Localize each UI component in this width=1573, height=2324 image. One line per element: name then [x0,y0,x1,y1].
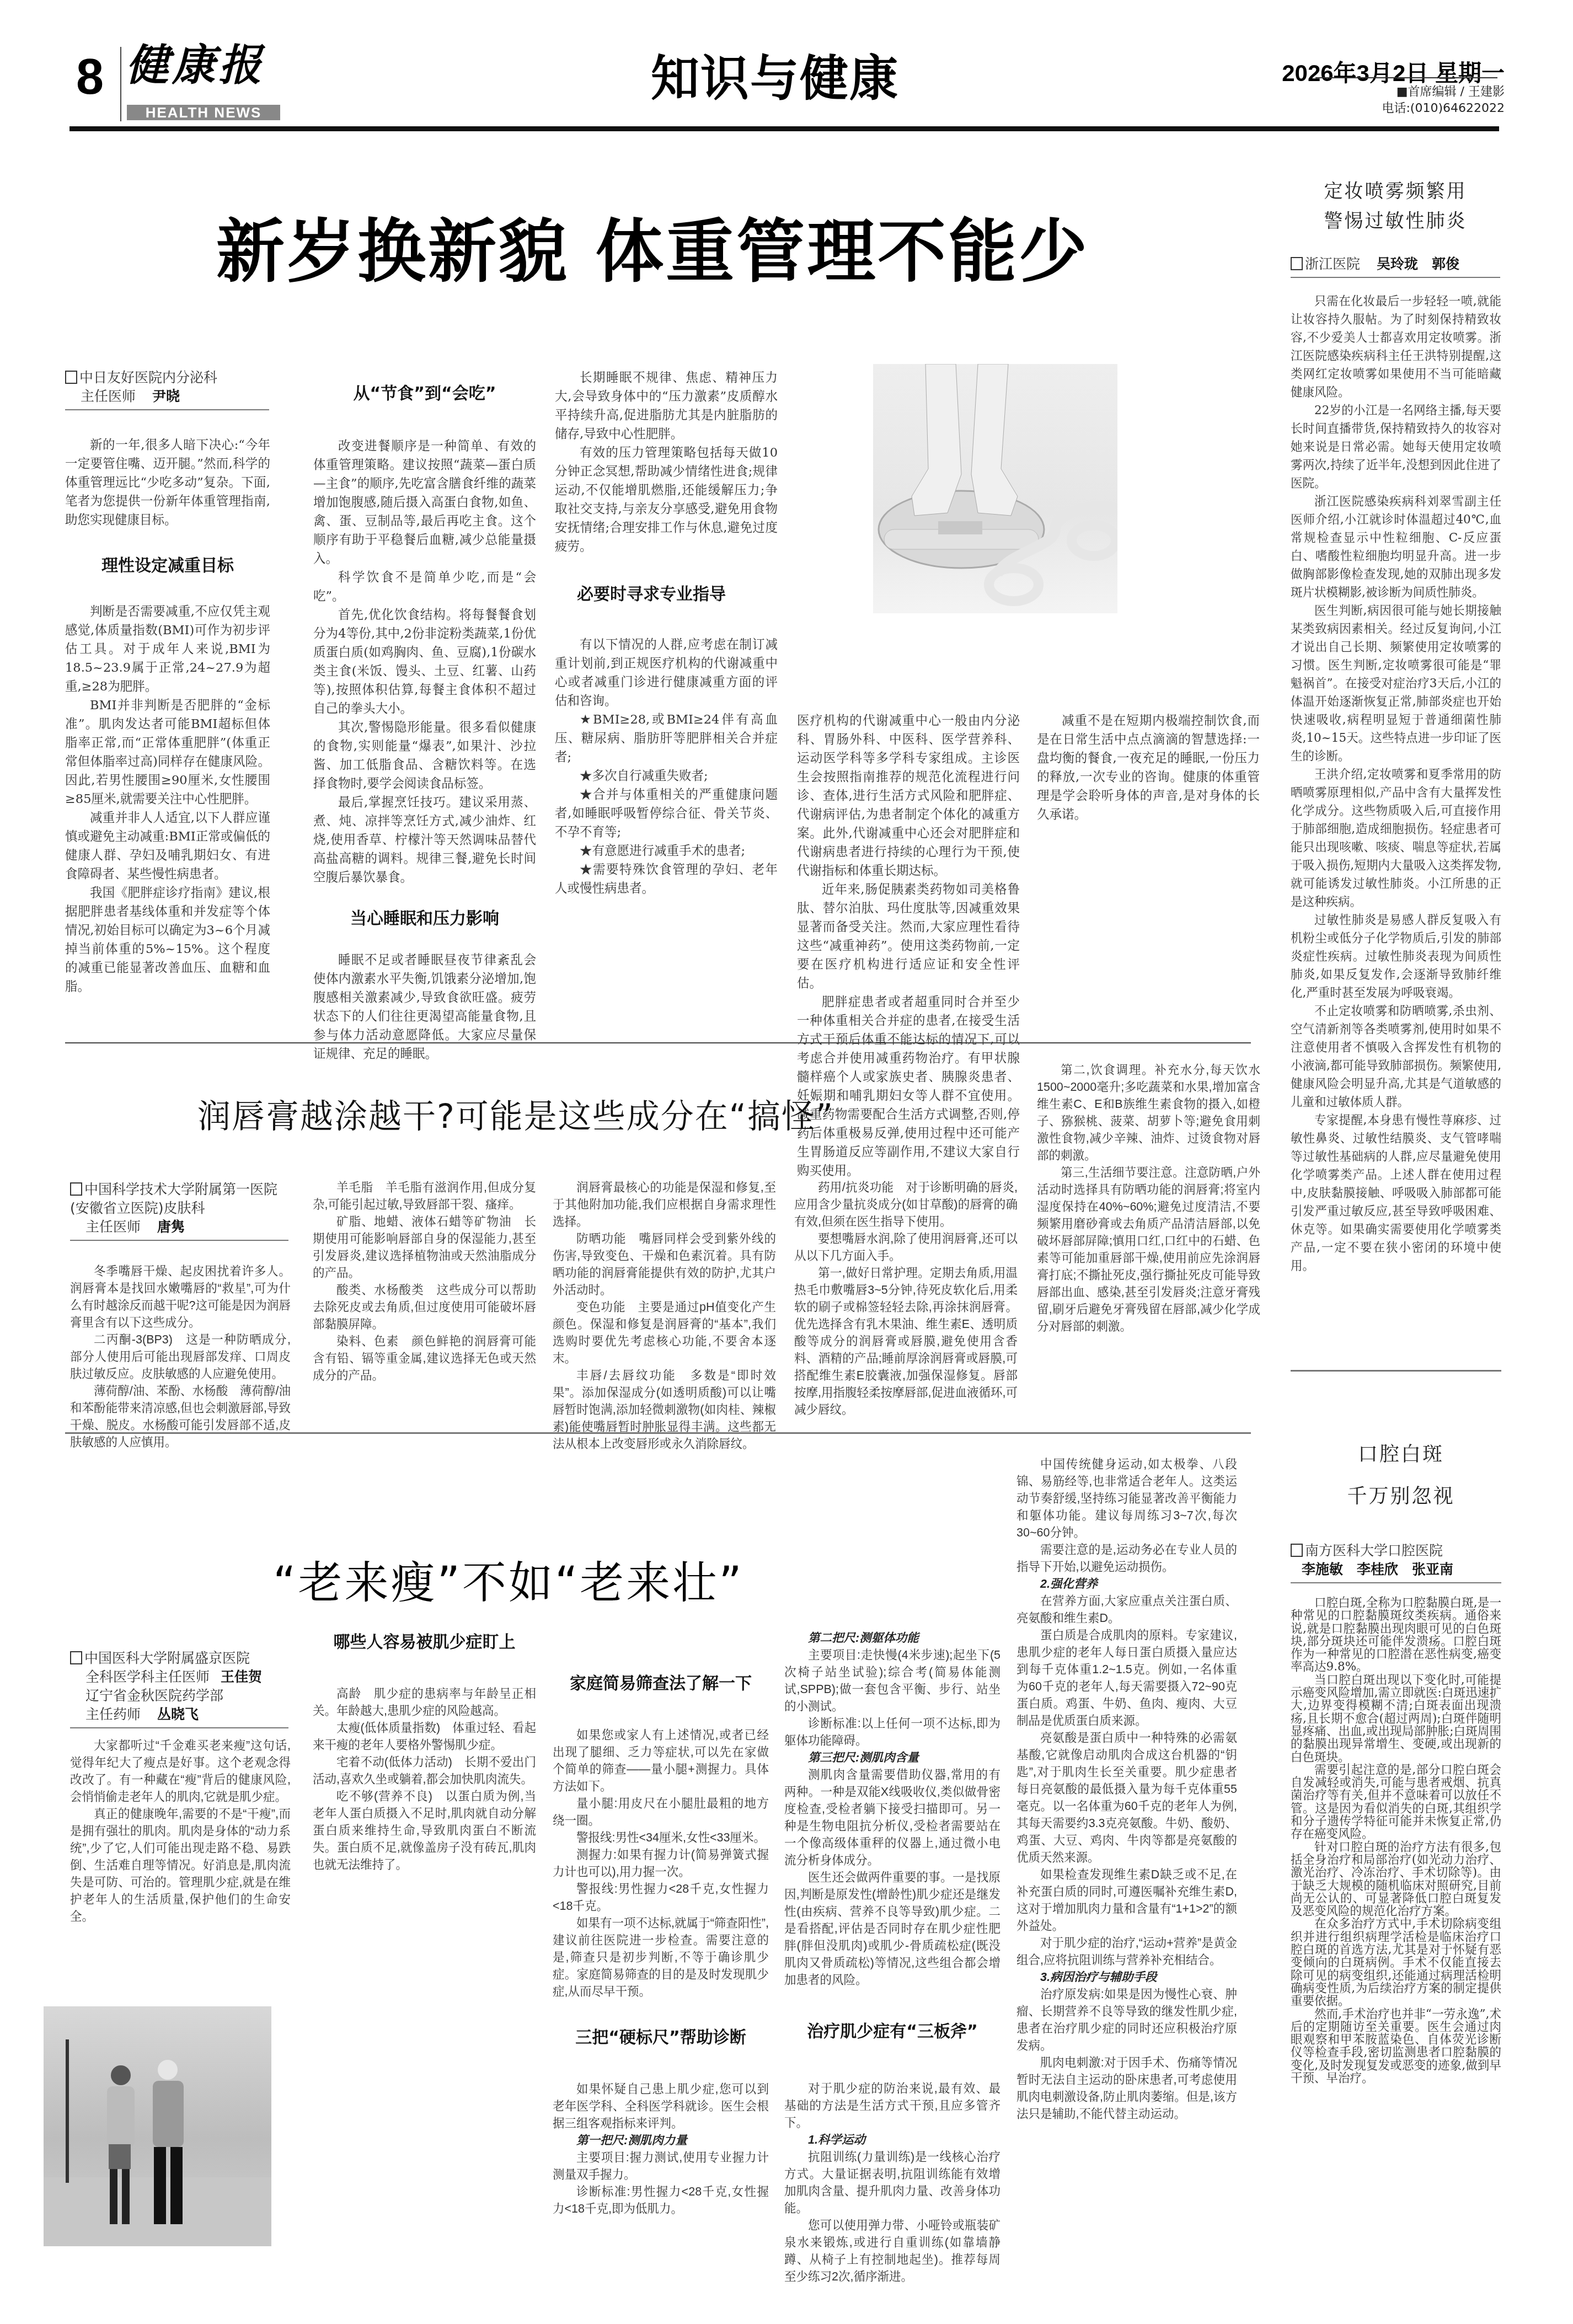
sidebar-divider [1291,1370,1501,1372]
star-item: ★合并与体重相关的严重健康问题者,如睡眠呼吸暂停综合征、骨关节炎、不孕不育等; [555,785,778,842]
newspaper-logo: 健康报 [126,44,265,87]
byline-box-icon [1291,1544,1303,1557]
article3-col1: 大家都听过“千金难买老来瘦”这句话,觉得年纪大了瘦点是好事。这个老观念得改改了。… [70,1737,291,1925]
article2-byline: 中国科学技术大学附属第一医院(安徽省立医院)皮肤科 主任医师唐隽 [70,1180,288,1241]
star-item: ★需要特殊饮食管理的孕妇、老年人或慢性病患者。 [555,860,778,898]
article3-headline: “老来瘦”不如“老来壮” [273,1561,744,1605]
logo-english: HEALTH NEWS [127,105,280,120]
scale-photo [873,364,1117,613]
article1-col3: 睡眠不足或者睡眠昼夜节律紊乱会使体内激素水平失衡,饥饿素分泌增加,饱腹感相关激素… [555,368,778,898]
byline-box-icon [70,1651,82,1664]
editor-info: ■首席编辑 / 王建影 电话:(010)64622022 [1382,84,1505,116]
byline-box-icon [1291,257,1303,270]
chief-editor: ■首席编辑 / 王建影 [1382,84,1505,100]
article2-col3: 润唇膏最核心的功能是保湿和修复,至于其他附加功能,我们应根据自身需求理性选择。 … [553,1179,776,1453]
subhead: 从“节食”到“会吃” [313,384,536,404]
subhead: 必要时寻求专业指导 [555,585,778,604]
jogging-photo [44,2006,271,2246]
article3-col2: 哪些人容易被肌少症盯上 高龄 肌少症的患病率与年龄呈正相关。年龄越大,患肌少症的… [313,1632,536,1873]
article1-headline: 新岁换新貌 体重管理不能少 [216,218,1089,286]
article1-col1: 新的一年,很多人暗下决心:“今年一定要管住嘴、迈开腿。”然而,科学的体重管理远比… [65,436,270,996]
article1-byline: 中日友好医院内分泌科 主任医师尹晓 [65,368,269,410]
article2-col2: 羊毛脂 羊毛脂有滋润作用,但成分复杂,可能引起过敏,导致唇部干裂、瘙痒。 矿脂、… [313,1179,536,1384]
article2-col5: 第二,饮食调理。补充水分,每天饮水1500~2000毫升;多吃蔬菜和水果,增加富… [1037,1062,1260,1335]
article2-col4: 药用/抗炎功能 对于诊断明确的唇炎,应用含少量抗炎成分(如甘草酸)的唇膏的确有效… [794,1179,1018,1418]
subhead: 当心睡眠和压力影响 [313,909,536,929]
jogging-photo-illustration [44,2006,271,2246]
page-number: 8 [76,52,104,102]
sidebar2-byline: 南方医科大学口腔医院 李施敏 李桂欣 张亚南 [1291,1541,1501,1583]
star-item: ★有意愿进行减重手术的患者; [555,842,778,860]
issue-date: 2026年3月2日 星期一 [1282,62,1505,85]
section-divider [65,1042,1251,1043]
masthead-rule [69,126,1499,131]
article1-col5: 减重不是在短期内极端控制饮食,而是在日常生活中点点滴滴的智慧选择:一盘均衡的餐食… [1037,711,1260,824]
sidebar2-title: 口腔白斑 千万别忽视 [1318,1434,1484,1518]
subhead: 家庭简易筛查法了解一下 [553,1674,769,1694]
subhead: 理性设定减重目标 [65,556,270,576]
phone: 电话:(010)64622022 [1382,100,1505,117]
subhead: 治疗肌少症有“三板斧” [784,2022,1000,2042]
article3-col5: 中国传统健身运动,如太极拳、八段锦、易筋经等,也非常适合老年人。这类运动节奏舒缓… [1016,1456,1237,2123]
byline-box-icon [65,371,77,384]
subhead: 三把“硬标尺”帮助诊断 [553,2028,769,2048]
star-item: ★BMI≥28,或BMI≥24伴有高血压、糖尿病、脂肪肝等肥胖相关合并症者; [555,710,778,767]
article3-col4: 第二把尺:测躯体功能 主要项目:走快慢(4米步速);起坐下(5次椅子站坐试验);… [784,1630,1000,2285]
sidebar2-body: 口腔白斑,全称为口腔黏膜白斑,是一种常见的口腔黏膜斑纹类疾病。通俗来说,就是口腔… [1291,1597,1501,2085]
article3-col3: 家庭简易筛查法了解一下 如果您或家人有上述情况,或者已经出现了腿细、乏力等症状,… [553,1630,769,2218]
article1-col2: 从“节食”到“会吃” 改变进餐顺序是一种简单、有效的体重管理策略。建议按照“蔬菜… [313,368,536,1063]
section-divider [65,1432,1251,1434]
article3-byline: 中国医科大学附属盛京医院 全科医学科主任医师王佳贺 辽宁省金秋医院药学部 主任药… [70,1649,288,1728]
article2-headline: 润唇膏越涂越干?可能是这些成分在“搞怪” [197,1100,834,1133]
masthead-divider [120,47,121,121]
article2-col1: 冬季嘴唇干燥、起皮困扰着许多人。润唇膏本是找回水嫩嘴唇的“救星”,可为什么有时越… [70,1263,291,1451]
section-title: 知识与健康 [651,54,899,103]
byline-box-icon [70,1182,82,1196]
scale-photo-illustration [873,364,1117,613]
subhead: 哪些人容易被肌少症盯上 [313,1632,536,1652]
date-divider [1315,77,1497,78]
sidebar1-body: 只需在化妆最后一步轻轻一喷,就能让妆容持久服帖。为了时刻保持精致妆容,不少爱美人… [1291,292,1501,1275]
sidebar1-byline: 浙江医院吴玲珑 郭俊 [1291,255,1500,278]
star-item: ★多次自行减重失败者; [555,767,778,785]
sidebar1-title: 定妆喷雾频繁用 警惕过敏性肺炎 [1313,176,1478,237]
